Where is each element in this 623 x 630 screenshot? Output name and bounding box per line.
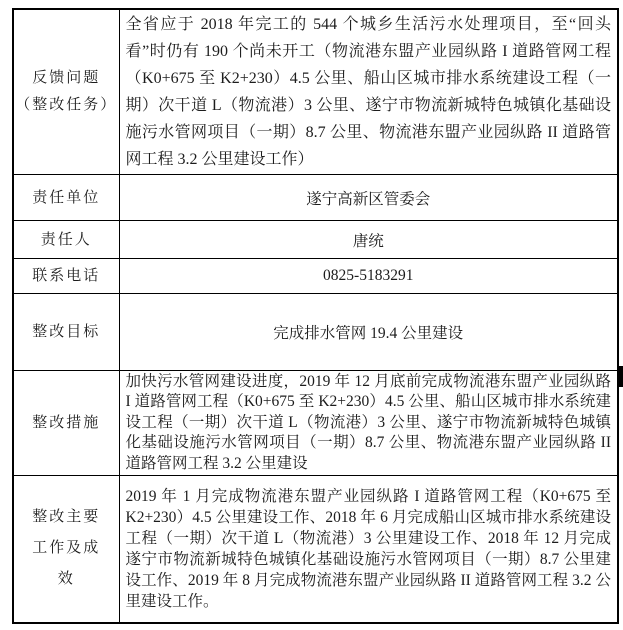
row-label-remediation-measures: 整改措施 [13, 371, 119, 476]
table-row: 联系电话 0825-5183291 [13, 259, 618, 294]
table-row: 责任单位 遂宁高新区管委会 [13, 175, 618, 221]
row-value-main-work-results: 2019 年 1 月完成物流港东盟产业园纵路 I 道路管网工程（K0+675 至… [119, 476, 618, 623]
cursor-mark [617, 366, 623, 387]
row-value-contact-phone: 0825-5183291 [119, 259, 618, 294]
document-page: 反馈问题 （整改任务） 全省应于 2018 年完工的 544 个城乡生活污水处理… [0, 0, 623, 630]
row-label-contact-phone: 联系电话 [13, 259, 119, 294]
row-value-remediation-goal: 完成排水管网 19.4 公里建设 [119, 294, 618, 371]
row-value-feedback-problem: 全省应于 2018 年完工的 544 个城乡生活污水处理项目，至“回头看”时仍有… [119, 9, 618, 175]
table-row: 整改目标 完成排水管网 19.4 公里建设 [13, 294, 618, 371]
row-label-main-work-results: 整改主要 工作及成 效 [13, 476, 119, 623]
remediation-table: 反馈问题 （整改任务） 全省应于 2018 年完工的 544 个城乡生活污水处理… [12, 8, 619, 624]
table-row: 反馈问题 （整改任务） 全省应于 2018 年完工的 544 个城乡生活污水处理… [13, 9, 618, 175]
table-row: 责任人 唐统 [13, 221, 618, 259]
row-label-responsible-person: 责任人 [13, 221, 119, 259]
row-value-remediation-measures: 加快污水管网建设进度，2019 年 12 月底前完成物流港东盟产业园纵路 I 道… [119, 371, 618, 476]
row-label-responsible-unit: 责任单位 [13, 175, 119, 221]
row-label-feedback-problem: 反馈问题 （整改任务） [13, 9, 119, 175]
table-row: 整改措施 加快污水管网建设进度，2019 年 12 月底前完成物流港东盟产业园纵… [13, 371, 618, 476]
table-row: 整改主要 工作及成 效 2019 年 1 月完成物流港东盟产业园纵路 I 道路管… [13, 476, 618, 623]
row-value-responsible-unit: 遂宁高新区管委会 [119, 175, 618, 221]
row-label-remediation-goal: 整改目标 [13, 294, 119, 371]
row-value-responsible-person: 唐统 [119, 221, 618, 259]
